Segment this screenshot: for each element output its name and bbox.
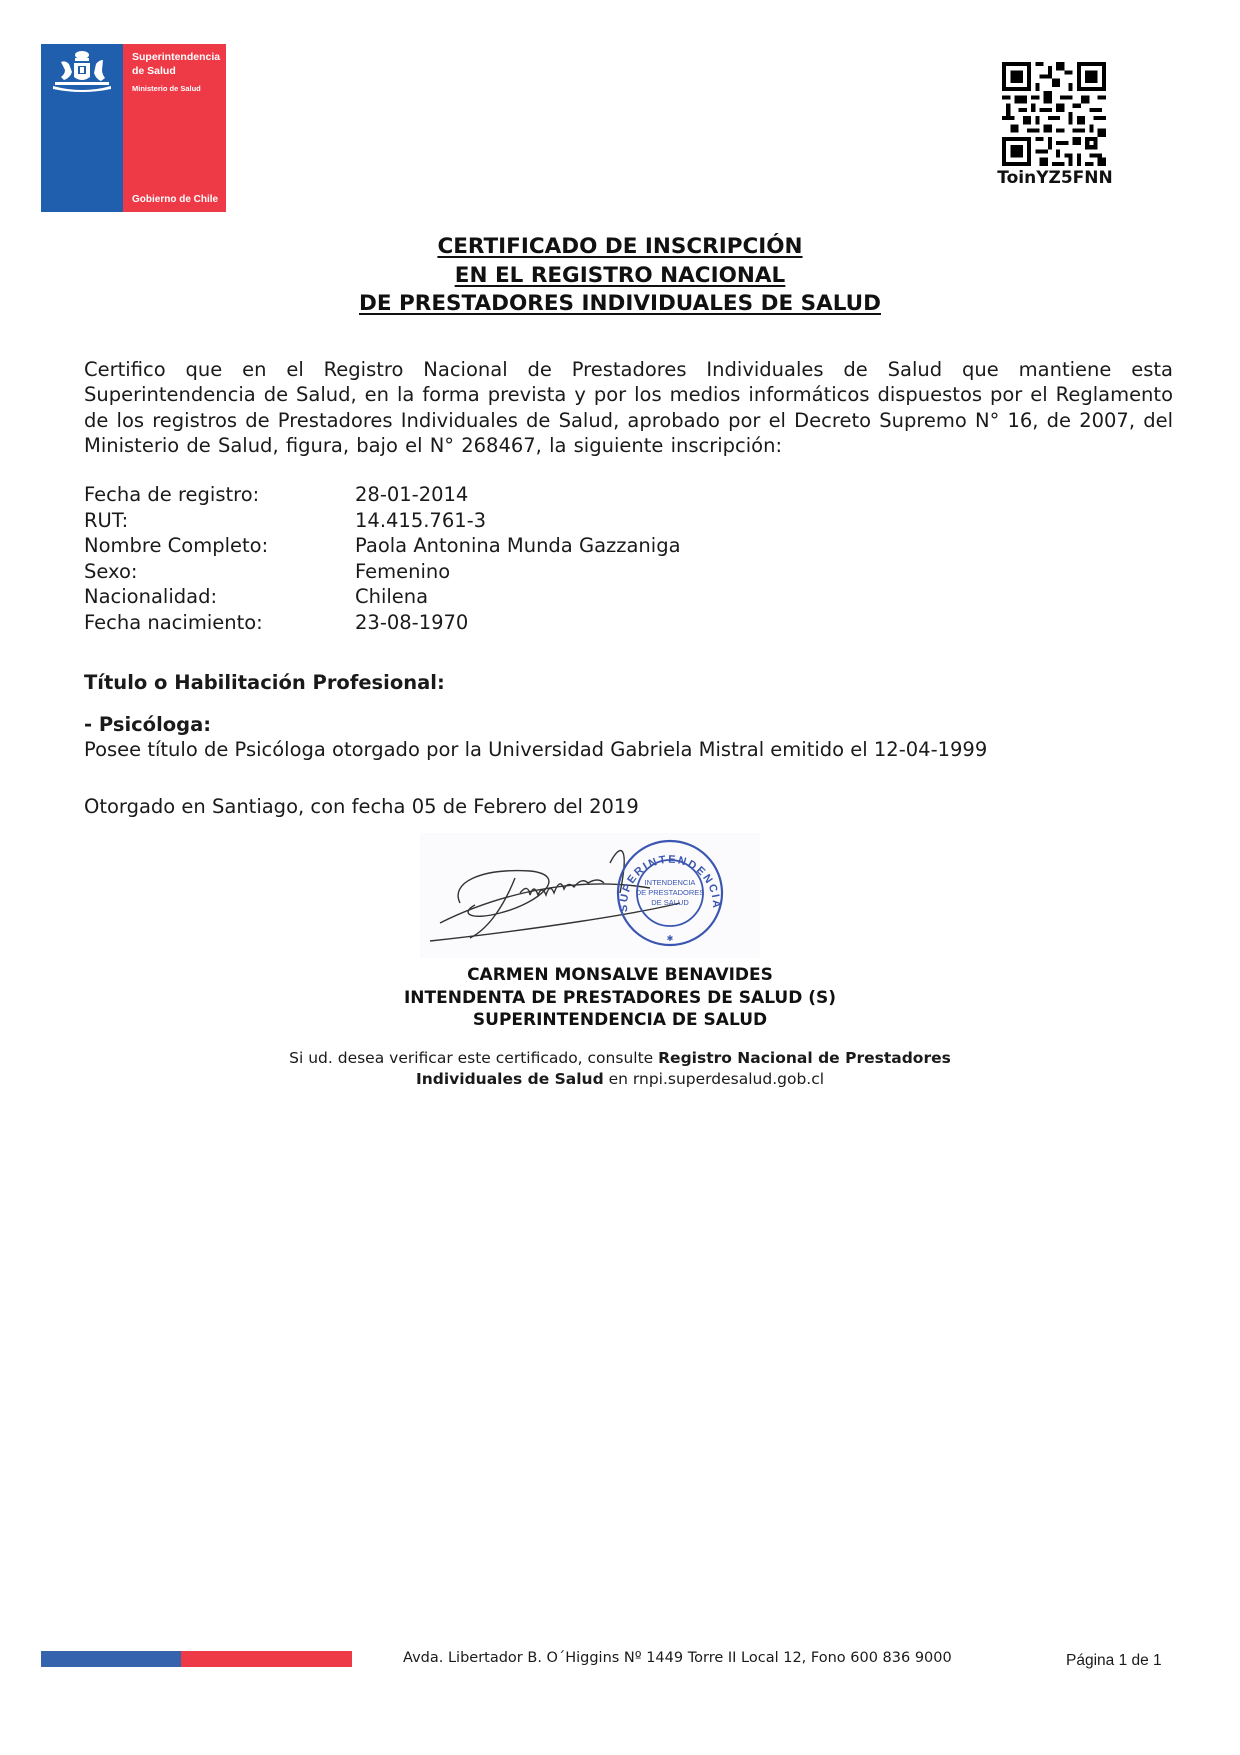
footer-address: Avda. Libertador B. O´Higgins Nº 1449 To… — [403, 1650, 952, 1666]
svg-text:DE SALUD: DE SALUD — [651, 898, 689, 907]
field-row-birth-date: Fecha nacimiento: 23-08-1970 — [84, 610, 984, 636]
field-row-full-name: Nombre Completo: Paola Antonina Munda Ga… — [84, 533, 984, 559]
logo-title-line2: de Salud — [132, 64, 220, 78]
signatory-role: INTENDENTA DE PRESTADORES DE SALUD (S) — [0, 987, 1240, 1010]
svg-text:INTENDENCIA: INTENDENCIA — [645, 878, 696, 887]
field-value: Chilena — [355, 584, 984, 610]
footer-bar-blue — [41, 1651, 181, 1667]
title-line-2: EN EL REGISTRO NACIONAL — [0, 262, 1240, 291]
chile-coat-of-arms-icon — [51, 50, 113, 96]
field-label: Nacionalidad: — [84, 584, 355, 610]
field-row-sex: Sexo: Femenino — [84, 559, 984, 585]
registration-fields: Fecha de registro: 28-01-2014 RUT: 14.41… — [84, 482, 984, 635]
logo-blue-panel — [41, 44, 123, 212]
signatory-block: CARMEN MONSALVE BENAVIDES INTENDENTA DE … — [0, 964, 1240, 1032]
svg-text:DE PRESTADORES: DE PRESTADORES — [636, 888, 705, 897]
qr-code-icon — [1002, 62, 1106, 166]
logo-title-line1: Superintendencia — [132, 50, 220, 64]
verify-url: en rnpi.superdesalud.gob.cl — [604, 1070, 824, 1088]
field-value: Femenino — [355, 559, 984, 585]
field-row-rut: RUT: 14.415.761-3 — [84, 508, 984, 534]
field-label: Sexo: — [84, 559, 355, 585]
field-value: 14.415.761-3 — [355, 508, 984, 534]
logo-red-panel: Superintendencia de Salud Ministerio de … — [123, 44, 226, 212]
footer-color-bar — [41, 1651, 352, 1667]
signatory-institution: SUPERINTENDENCIA DE SALUD — [0, 1009, 1240, 1032]
field-label: Fecha de registro: — [84, 482, 355, 508]
profession-title: - Psicóloga: — [84, 713, 211, 736]
verify-prefix: Si ud. desea verificar este certificado,… — [289, 1049, 658, 1067]
field-value: 28-01-2014 — [355, 482, 984, 508]
certification-paragraph: Certifico que en el Registro Nacional de… — [84, 357, 1173, 458]
profession-description: Posee título de Psicóloga otorgado por l… — [84, 738, 987, 761]
field-label: RUT: — [84, 508, 355, 534]
signature-and-stamp: SUPERINTENDENCIA DE SALUD INTENDENCIA DE… — [420, 833, 760, 958]
verify-registry-name-2: Individuales de Salud — [416, 1070, 604, 1088]
field-row-nationality: Nacionalidad: Chilena — [84, 584, 984, 610]
field-row-registration-date: Fecha de registro: 28-01-2014 — [84, 482, 984, 508]
page-number: Página 1 de 1 — [1066, 1652, 1162, 1670]
field-value: Paola Antonina Munda Gazzaniga — [355, 533, 984, 559]
issued-statement: Otorgado en Santiago, con fecha 05 de Fe… — [84, 795, 639, 818]
title-line-1: CERTIFICADO DE INSCRIPCIÓN — [0, 233, 1240, 262]
title-line-3: DE PRESTADORES INDIVIDUALES DE SALUD — [0, 290, 1240, 319]
footer-bar-red — [181, 1651, 352, 1667]
document-title: CERTIFICADO DE INSCRIPCIÓN EN EL REGISTR… — [0, 233, 1240, 319]
profession-section-title: Título o Habilitación Profesional: — [84, 671, 445, 694]
svg-text:✱: ✱ — [667, 934, 674, 943]
verification-code: ToinYZ5FNN — [985, 168, 1125, 188]
field-value: 23-08-1970 — [355, 610, 984, 636]
logo-government: Gobierno de Chile — [132, 194, 218, 205]
field-label: Fecha nacimiento: — [84, 610, 355, 636]
verification-note: Si ud. desea verificar este certificado,… — [0, 1048, 1240, 1089]
verify-registry-name-1: Registro Nacional de Prestadores — [658, 1049, 951, 1067]
superintendencia-logo: Superintendencia de Salud Ministerio de … — [41, 44, 226, 212]
signatory-name: CARMEN MONSALVE BENAVIDES — [0, 964, 1240, 987]
field-label: Nombre Completo: — [84, 533, 355, 559]
logo-ministry: Ministerio de Salud — [132, 84, 201, 93]
logo-title: Superintendencia de Salud — [132, 50, 220, 78]
